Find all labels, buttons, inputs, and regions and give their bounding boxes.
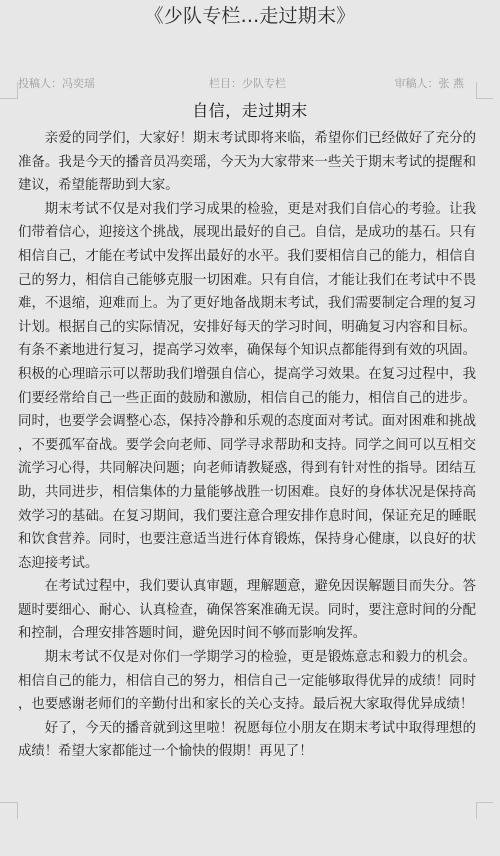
reviewer-label: 审稿人：张 燕 (395, 76, 465, 92)
paragraph-greeting: 亲爱的同学们，大家好！期末考试即将来临，希望你们已经做好了充分的准备。我是今天的… (18, 127, 476, 198)
page-corner-mark-top-right (476, 82, 493, 99)
paragraph-closing: 好了，今天的播音就到这里啦！祝愿每位小朋友在期末考试中取得理想的成绩！希望大家都… (18, 717, 476, 764)
author-label: 投稿人：冯奕瑶 (18, 76, 95, 92)
column-label: 栏目：少队专栏 (209, 76, 286, 92)
paragraph-exam-tips: 在考试过程中，我们要认真审题，理解题意，避免因误解题目而失分。答题时要细心、耐心… (18, 575, 476, 646)
article-body: 亲爱的同学们，大家好！期末考试即将来临，希望你们已经做好了充分的准备。我是今天的… (18, 127, 476, 764)
article-heading: 自信，走过期末 (0, 99, 500, 123)
page-corner-mark-top-left (0, 82, 18, 99)
paragraph-confidence: 期末考试不仅是对我们学习成果的检验，更是对我们自信心的考验。让我们带着信心，迎接… (18, 198, 476, 576)
document-title: 《少队专栏...走过期末》 (0, 3, 500, 29)
page-corner-mark-bottom-right (476, 802, 493, 819)
page-corner-mark-bottom-left (0, 802, 18, 819)
document-meta-row: 投稿人：冯奕瑶 栏目：少队专栏 审稿人：张 燕 (18, 76, 464, 92)
paragraph-encouragement: 期末考试不仅是对你们一学期学习的检验，更是锻炼意志和毅力的机会。相信自己的能力，… (18, 646, 476, 717)
